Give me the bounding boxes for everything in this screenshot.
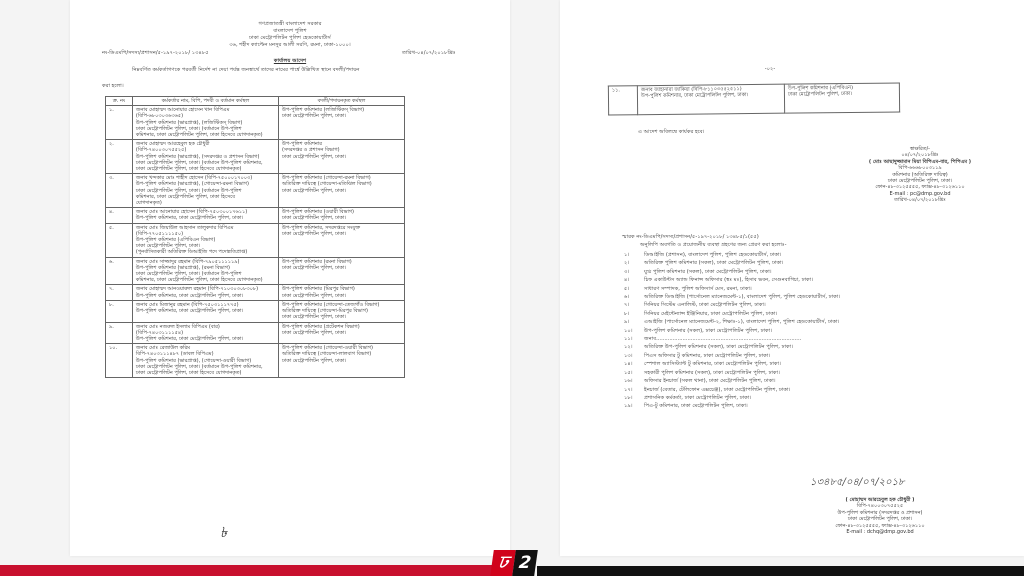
row-current-post: জনাব মোঃ সাজ্জাদুর রহমান (বিপি-৭৯০৫১১১১১…: [132, 257, 278, 285]
table-row: ২.জনাব মোহাম্মদ আরহেবুল হক চৌধুরী(বিপি-৭…: [106, 140, 405, 174]
list-item: ১৪।স্পেশাল অ্যাসিস্ট্যান্ট টু কমিশনার, ঢ…: [624, 360, 840, 368]
row-current-post: জনাব খন্দকার মোঃ শাহীদ হোসেন (বিপি-৭৫০০০…: [132, 174, 278, 208]
order-intro-cont: করা হলো।: [102, 83, 124, 90]
row-new-posting: উপ-পুলিশ কমিশনার (এপিবিএন) ঢাকা মেট্রোপল…: [784, 83, 899, 113]
gov-header-line-2: বাংলাদেশ পুলিশ: [70, 28, 510, 35]
row-current-post: জনাব মোঃ আনোয়ার হোসেন (বিপি-৭৫০৩০০১৭৬১১…: [132, 208, 278, 223]
transfer-table: ক্র. নং কর্মকর্তার নাম, বিপি, পদবী ও বর্…: [105, 96, 405, 378]
commissioner-signature-block: স্বাক্ষরিত/-০৪/০৭/২০১৮খ্রিঃ( মোঃ আছাদুজ্…: [820, 146, 1020, 204]
row-new-posting: উপ-পুলিশ কমিশনার (গোয়েন্দা-ওয়ারী বিভাগ…: [278, 344, 404, 378]
col-header-serial: ক্র. নং: [106, 97, 133, 106]
row-current-post: জনাব মোঃ মিজানুর রহমান (বিপি-৭৫০৩১১১৭৭৫)…: [132, 300, 278, 322]
row-new-posting: উপ-পুলিশ কমিশনার (মিরপুর বিভাগ)ঢাকা মেট্…: [278, 285, 404, 300]
list-item: ১৩।পিএস অফিসার টু কমিশনার, ঢাকা মেট্রোপল…: [624, 352, 840, 360]
list-item: ১৬।অফিসার ইনচার্জ (সকল থানা), ঢাকা মেট্র…: [624, 377, 840, 385]
row-serial: ৫.: [106, 223, 133, 257]
table-row: ১০.জনাব মোঃ রেজাউল করিমবিপি-৭৪০৩১১১৪৮৭ (…: [106, 344, 405, 378]
table-row: ৬.জনাব মোঃ সাজ্জাদুর রহমান (বিপি-৭৯০৫১১১…: [106, 257, 405, 285]
gov-header-line-3: ঢাকা মেট্রোপলিটন পুলিশ হেডকোয়ার্টার্স: [70, 35, 510, 42]
row-current-post: জনাব মোহাম্মদ আনওয়ারুল রহমান (বিপি-৭১০৩…: [132, 285, 278, 300]
list-item: ১৮।প্রশাসনিক কর্মকর্তা, ঢাকা মেট্রোপলিটন…: [624, 394, 840, 402]
list-item: ৩।যুগ্ম পুলিশ কমিশনার (সকল), ঢাকা মেট্রো…: [624, 268, 840, 276]
list-item: ১।ডিআইজি (প্রশাসন), বাংলাদেশ পুলিশ, পুলি…: [624, 251, 840, 259]
row-new-posting: উপ-পুলিশ কমিশনার (গোয়েন্দা-তেজগাঁও বিভা…: [278, 300, 404, 322]
row-serial: ৭.: [106, 285, 133, 300]
footer-black-bar: [537, 566, 1024, 576]
order-title: কার্যালয় আদেশ: [70, 58, 510, 65]
row-current-post: জনাব মোঃ রেজাউল করিমবিপি-৭৪০৩১১১৪৮৭ (ডাব…: [132, 344, 278, 378]
list-item: ২।অতিরিক্ত পুলিশ কমিশনার (সকল), ঢাকা মেট…: [624, 259, 840, 267]
memo-number: নং-ডিএমপি/সদস্য/প্রশাসন/৫-১৯৭-২০১৮/ ১৩৪৮…: [102, 50, 209, 57]
row-new-posting: উপ-পুলিশ কমিশনার, সদরদপ্তরে সংযুক্তঢাকা …: [278, 223, 404, 257]
list-item: ১৫।সহকারী পুলিশ কমিশনার (সকল), ঢাকা মেট্…: [624, 369, 840, 377]
page-number: -০২-: [560, 66, 980, 73]
signature-line: E-mail : dchq@dmp.gov.bd: [780, 529, 980, 535]
list-item: ১৭।ইনচার্জ (বেতার, টেলিফোন এক্সচেঞ্জ), ঢ…: [624, 386, 840, 394]
list-item: ১০।উপ-পুলিশ কমিশনার (সকল), ঢাকা মেট্রোপল…: [624, 327, 840, 335]
row-new-posting: উপ-পুলিশ কমিশনার (ওয়ারী বিভাগ)ঢাকা মেট্…: [278, 208, 404, 223]
effect-statement: এ আদেশ অবিলম্বে কার্যকর হবে।: [638, 129, 705, 136]
row-serial: ১.: [106, 106, 133, 140]
row-current-post: জনাব মোহাম্মদ আরহেবুল হক চৌধুরী(বিপি-৭৪০…: [132, 140, 278, 174]
row-new-posting: উপ-পুলিশ কমিশনার (লজিস্টিকস্ বিভাগ)ঢাকা …: [278, 106, 404, 140]
brand-logo: ঢ 2: [492, 550, 536, 576]
list-item: ৭।সিনিয়র সিস্টেম এনালিস্ট, ঢাকা মেট্রোপ…: [624, 301, 840, 309]
signature-line: তারিখ-০৪/০৭/২০১৮খ্রিঃ: [820, 197, 1020, 203]
transfer-table-continued: ১১. জনাব জাহানারা জাকিয়া (বিপি-৮১১০৩৫৫২…: [608, 82, 900, 115]
document-page-2: -০২- ১১. জনাব জাহানারা জাকিয়া (বিপি-৮১১…: [560, 0, 1024, 556]
gov-header-line-4: ৩৬, শহীদ ক্যাপ্টেন মনসুর আলী সরণি, রমনা,…: [70, 42, 510, 49]
table-row: ৯.জনাব মোঃ নজরুল ইসলাম বিপিএম (বার)(বিপি…: [106, 322, 405, 344]
row-new-posting: উপ-পুলিশ কমিশনার(সদরদপ্তর ও প্রশাসন বিভা…: [278, 140, 404, 174]
row-current-post: জনাব মোঃ নজরুল ইসলাম বিপিএম (বার)(বিপি-৭…: [132, 322, 278, 344]
logo-right-glyph: 2: [512, 550, 538, 576]
copy-intro: অনুলিপি অবগতি ও প্রয়োজনীয় ব্যবস্থা গ্র…: [640, 242, 786, 249]
memo-date: তারিখ-০৪/০৭/২০১৮খ্রিঃ: [402, 50, 456, 57]
table-row: ৫.জনাব মোঃ জিয়াউল আহসান তালুকদার বিপিএম…: [106, 223, 405, 257]
list-item: ১১।জনাব.................................…: [624, 335, 840, 343]
row-serial: ৪.: [106, 208, 133, 223]
document-page-1: গণপ্রজাতন্ত্রী বাংলাদেশ সরকার বাংলাদেশ প…: [70, 0, 510, 556]
row-current-post: জনাব মোঃ জিয়াউল আহসান তালুকদার বিপিএম(ব…: [132, 223, 278, 257]
list-item: ৪।চিফ একাউন্টস অ্যান্ড ফিনান্স অফিসার (স…: [624, 276, 840, 284]
table-row: ৪.জনাব মোঃ আনোয়ার হোসেন (বিপি-৭৫০৩০০১৭৬…: [106, 208, 405, 223]
deputy-signature-block: ( মোহাম্মদ আরহেবুল হক চৌধুরী )বিপি-৭৪০০৩…: [780, 497, 980, 535]
row-current-post: জনাব জাহানারা জাকিয়া (বিপি-৮১১০৩৫৫২৫১১)…: [637, 84, 784, 115]
row-serial: ৮.: [106, 300, 133, 322]
table-row: ৭.জনাব মোহাম্মদ আনওয়ারুল রহমান (বিপি-৭১…: [106, 285, 405, 300]
table-row: ৮.জনাব মোঃ মিজানুর রহমান (বিপি-৭৫০৩১১১৭৭…: [106, 300, 405, 322]
row-serial: ১০.: [106, 344, 133, 378]
copy-memo-number: স্মারক নং-ডিএমপি/সদস্য/প্রশাসন/৫-১৯৭-২০১…: [622, 234, 759, 241]
table-row: ৩.জনাব খন্দকার মোঃ শাহীদ হোসেন (বিপি-৭৫০…: [106, 174, 405, 208]
list-item: ৮।সিনিয়র মেইন্টেন্যান্স ইঞ্জিনিয়ার, ঢা…: [624, 310, 840, 318]
table-row: ১১. জনাব জাহানারা জাকিয়া (বিপি-৮১১০৩৫৫২…: [608, 83, 899, 115]
col-header-posting: বদলী/পদায়নকৃত কর্মস্থল: [278, 97, 404, 106]
row-serial: ৬.: [106, 257, 133, 285]
list-item: ৯।এআইজি (পার্সোনেল ম্যানেজমেন্ট-২, শিক্ষ…: [624, 318, 840, 326]
copy-distribution-list: ১।ডিআইজি (প্রশাসন), বাংলাদেশ পুলিশ, পুলি…: [624, 251, 840, 411]
gov-header-line-1: গণপ্রজাতন্ত্রী বাংলাদেশ সরকার: [70, 21, 510, 28]
table-row: ১.জনাব মোহাম্মদ আনোয়ার হোসেন খান বিপিএম…: [106, 106, 405, 140]
handwritten-date: ১৩৪৮৫/০৪/০৭/২০১৮: [810, 480, 905, 487]
row-new-posting: উপ-পুলিশ কমিশনার (রমনা বিভাগ)ঢাকা মেট্রো…: [278, 257, 404, 285]
row-serial: ২.: [106, 140, 133, 174]
row-new-posting: উপ-পুলিশ কমিশনার (প্রটেকশন বিভাগ)ঢাকা মে…: [278, 322, 404, 344]
list-item: ৫।সাধারণ সম্পাদক, পুলিশ অফিসার্স মেস, রম…: [624, 285, 840, 293]
col-header-current: কর্মকর্তার নাম, বিপি, পদবী ও বর্তমান কর্…: [132, 97, 278, 106]
row-serial: ১১.: [608, 86, 637, 115]
row-current-post: জনাব মোহাম্মদ আনোয়ার হোসেন খান বিপিএম(ব…: [132, 106, 278, 140]
row-new-posting: উপ-পুলিশ কমিশনার (গোয়েন্দা-রমনা বিভাগ)অ…: [278, 174, 404, 208]
list-item: ৬।অতিরিক্ত ডিআইজি (পার্সোনেল ম্যানেজমেন্…: [624, 293, 840, 301]
row-serial: ৩.: [106, 174, 133, 208]
row-serial: ৯.: [106, 322, 133, 344]
list-item: ১২।অতিরিক্ত উপ-পুলিশ কমিশনার (সকল), ঢাকা…: [624, 343, 840, 351]
list-item: ১৯।পিএ-টু কমিশনার, ঢাকা মেট্রোপলিটন পুলি…: [624, 402, 840, 410]
order-intro: নিম্নবর্ণিত কর্মকর্তাগণকে পরবর্তী নির্দে…: [132, 67, 359, 74]
handwritten-initial: ৳: [220, 530, 227, 537]
footer-red-bar: [0, 565, 492, 576]
